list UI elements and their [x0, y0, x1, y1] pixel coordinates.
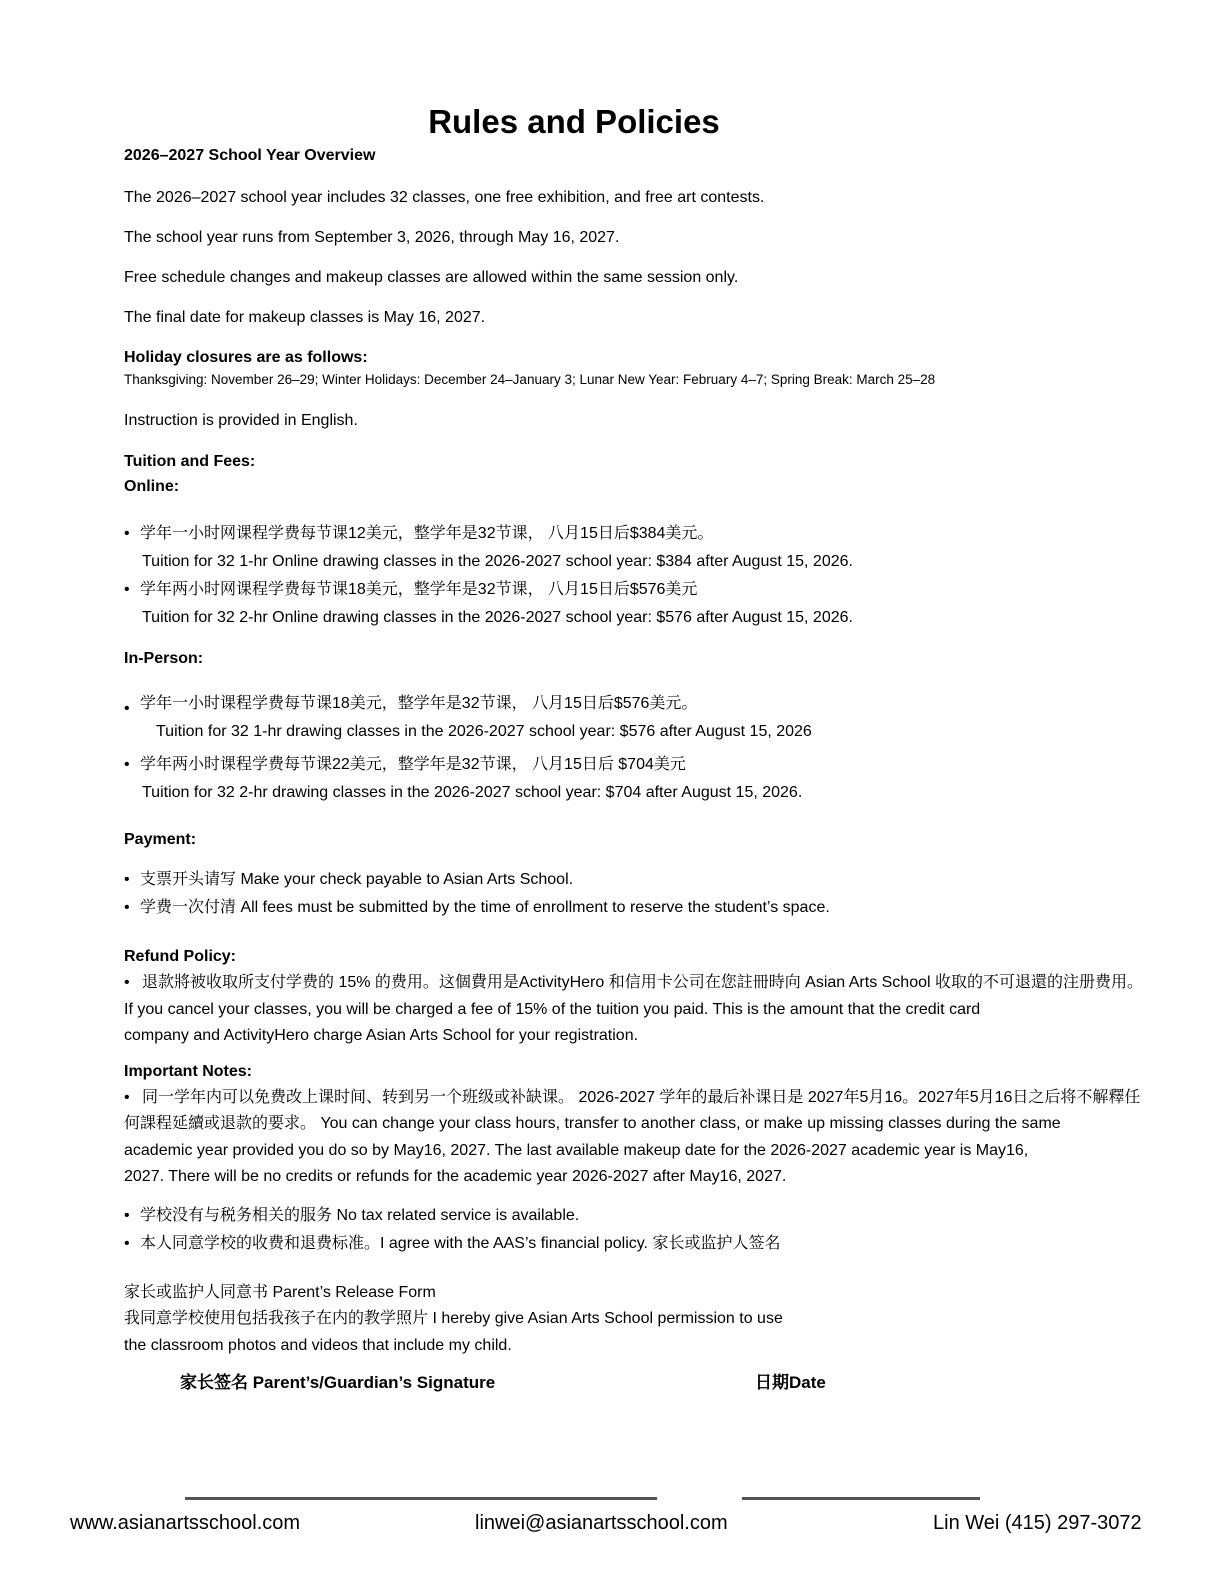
- release-form-title: 家长或监护人同意书 Parent’s Release Form: [124, 1280, 1164, 1307]
- bullet-icon: [124, 755, 140, 774]
- notes-item: 本人同意学校的收费和退费标准。I agree with the AAS’s fi…: [124, 1234, 1164, 1253]
- overview-paragraph: The 2026–2027 school year includes 32 cl…: [124, 188, 1164, 207]
- online-heading: Online:: [124, 477, 1164, 497]
- holidays-detail: Thanksgiving: November 26–29; Winter Hol…: [124, 371, 1164, 388]
- bullet-icon: [124, 970, 142, 997]
- online-tuition-item: 学年一小时网课程学费每节课12美元，整学年是32节课， 八月15日后$384美元…: [124, 524, 1164, 543]
- refund-policy-bullet: 退款將被收取所支付学费的 15% 的费用。这個費用是ActivityHero 和…: [124, 970, 1164, 997]
- notes-item: 学校没有与税务相关的服务 No tax related service is a…: [124, 1206, 1164, 1225]
- bullet-icon: [124, 580, 140, 599]
- tuition-heading: Tuition and Fees:: [124, 452, 1164, 472]
- overview-paragraph: The final date for makeup classes is May…: [124, 308, 1164, 327]
- release-form-line: 我同意学校使用包括我孩子在内的教学照片 I hereby give Asian …: [124, 1306, 1164, 1333]
- overview-heading: 2026–2027 School Year Overview: [124, 146, 1164, 166]
- bullet-icon: [124, 1085, 142, 1112]
- bullet-icon: [124, 870, 140, 889]
- important-notes-bullet: 同一学年内可以免费改上课时间、转到另一个班级或补缺课。 2026-2027 学年…: [124, 1085, 1164, 1112]
- important-notes-heading: Important Notes:: [124, 1062, 1164, 1082]
- instruction-language: Instruction is provided in English.: [124, 411, 1164, 430]
- bullet-icon: [124, 1206, 140, 1225]
- important-notes-line: 2027. There will be no credits or refund…: [124, 1164, 1164, 1191]
- bullet-icon: [124, 1234, 140, 1253]
- refund-policy-zh: 退款將被收取所支付学费的 15% 的费用。这個費用是ActivityHero 和…: [142, 970, 1143, 997]
- inperson-tuition-item-en: Tuition for 32 2-hr drawing classes in t…: [142, 783, 1164, 802]
- notes-item-text: 学校没有与税务相关的服务 No tax related service is a…: [140, 1206, 579, 1225]
- important-notes-line: academic year provided you do so by May1…: [124, 1138, 1164, 1165]
- online-tuition-item-en: Tuition for 32 1-hr Online drawing class…: [142, 552, 1164, 571]
- footer-contact: Lin Wei (415) 297-3072: [933, 1511, 1142, 1535]
- refund-heading: Refund Policy:: [124, 947, 1164, 967]
- payment-item: 学费一次付清 All fees must be submitted by the…: [124, 898, 1164, 917]
- document-page: Rules and Policies 2026–2027 School Year…: [0, 0, 1224, 1584]
- release-form-line: the classroom photos and videos that inc…: [124, 1333, 1164, 1360]
- payment-item-text: 学费一次付清 All fees must be submitted by the…: [140, 898, 830, 917]
- footer-website: www.asianartsschool.com: [70, 1511, 300, 1535]
- inperson-heading: In-Person:: [124, 649, 1164, 669]
- guardian-signature-label: 家长签名 Parent’s/Guardian’s Signature: [180, 1368, 495, 1393]
- payment-item: 支票开头请写 Make your check payable to Asian …: [124, 870, 1164, 889]
- overview-paragraph: The school year runs from September 3, 2…: [124, 228, 1164, 247]
- bullet-icon: [124, 694, 140, 713]
- overview-paragraph: Free schedule changes and makeup classes…: [124, 268, 1164, 287]
- page-title: Rules and Policies: [124, 104, 1024, 140]
- online-tuition-item-zh: 学年一小时网课程学费每节课12美元，整学年是32节课， 八月15日后$384美元…: [140, 524, 713, 543]
- document-content: Rules and Policies 2026–2027 School Year…: [0, 0, 1224, 1359]
- date-line[interactable]: [742, 1497, 980, 1500]
- refund-policy-line: company and ActivityHero charge Asian Ar…: [124, 1023, 1164, 1050]
- online-tuition-item-zh: 学年两小时网课程学费每节课18美元，整学年是32节课， 八月15日后$576美元: [140, 580, 697, 599]
- online-tuition-item-en: Tuition for 32 2-hr Online drawing class…: [142, 608, 1164, 627]
- notes-item-text: 本人同意学校的收费和退费标准。I agree with the AAS’s fi…: [140, 1234, 780, 1253]
- important-notes-zh: 同一学年内可以免费改上课时间、转到另一个班级或补缺课。 2026-2027 学年…: [142, 1085, 1140, 1112]
- important-notes-line: 何課程延續或退款的要求。 You can change your class h…: [124, 1111, 1164, 1138]
- refund-policy-line: If you cancel your classes, you will be …: [124, 997, 1164, 1024]
- signature-line[interactable]: [185, 1497, 657, 1500]
- inperson-tuition-item: 学年一小时课程学费每节课18美元，整学年是32节课， 八月15日后$576美元。: [124, 694, 1164, 713]
- footer-email: linwei@asianartsschool.com: [475, 1511, 728, 1535]
- payment-item-text: 支票开头请写 Make your check payable to Asian …: [140, 870, 573, 889]
- online-tuition-item: 学年两小时网课程学费每节课18美元，整学年是32节课， 八月15日后$576美元: [124, 580, 1164, 599]
- bullet-icon: [124, 524, 140, 543]
- payment-heading: Payment:: [124, 830, 1164, 850]
- holidays-heading: Holiday closures are as follows:: [124, 348, 1164, 368]
- inperson-tuition-item: 学年两小时课程学费每节课22美元，整学年是32节课， 八月15日后 $704美元: [124, 755, 1164, 774]
- inperson-tuition-item-zh: 学年一小时课程学费每节课18美元，整学年是32节课， 八月15日后$576美元。: [140, 694, 697, 713]
- bullet-icon: [124, 898, 140, 917]
- inperson-tuition-item-en: Tuition for 32 1-hr drawing classes in t…: [156, 722, 1164, 741]
- inperson-tuition-item-zh: 学年两小时课程学费每节课22美元，整学年是32节课， 八月15日后 $704美元: [140, 755, 686, 774]
- date-label: 日期Date: [755, 1368, 826, 1393]
